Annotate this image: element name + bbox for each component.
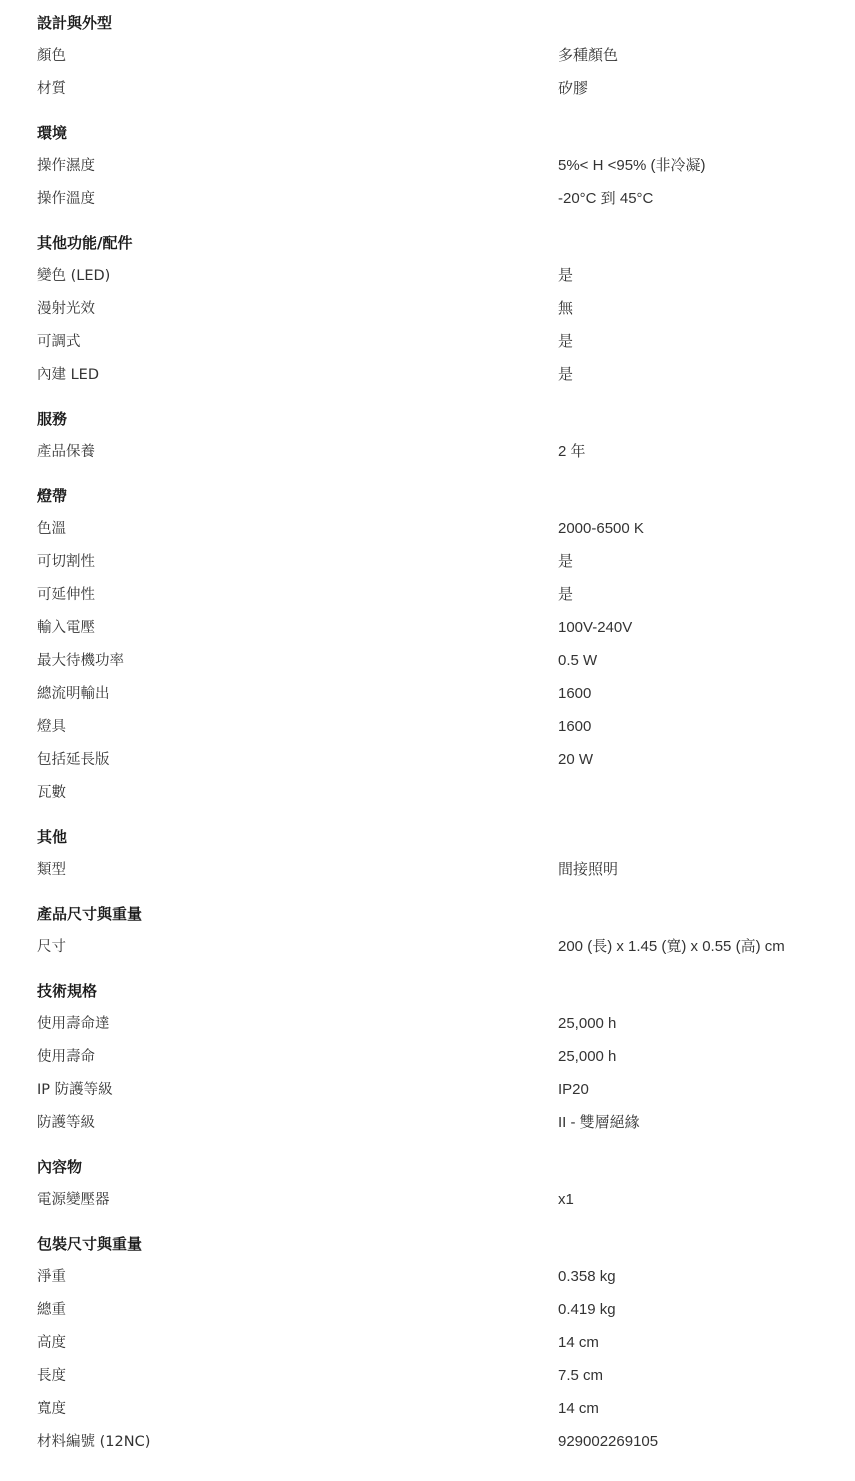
spec-label: 總重 bbox=[0, 1295, 558, 1328]
spec-label: 輸入電壓 bbox=[0, 613, 558, 646]
spec-label: 燈具 bbox=[0, 712, 558, 745]
spec-value: 25,000 h bbox=[558, 1009, 855, 1042]
spec-value: 5%< H <95% (非冷凝) bbox=[558, 151, 855, 184]
section-title: 服務 bbox=[0, 404, 855, 437]
spec-value: 是 bbox=[558, 580, 855, 613]
section-package-dimensions: 包裝尺寸與重量 淨重 0.358 kg 總重 0.419 kg 高度 14 cm… bbox=[0, 1229, 855, 1460]
section-product-dimensions: 產品尺寸與重量 尺寸 200 (長) x 1.45 (寬) x 0.55 (高)… bbox=[0, 899, 855, 965]
spec-value: 100V-240V bbox=[558, 613, 855, 646]
spec-value: 是 bbox=[558, 547, 855, 580]
spec-row: 色溫 2000-6500 K bbox=[0, 514, 855, 547]
spec-row: 漫射光效 無 bbox=[0, 294, 855, 327]
spec-row: 尺寸 200 (長) x 1.45 (寬) x 0.55 (高) cm bbox=[0, 932, 855, 965]
spec-row: 總流明輸出 1600 bbox=[0, 679, 855, 712]
spec-row: 可切割性 是 bbox=[0, 547, 855, 580]
spec-value: 7.5 cm bbox=[558, 1361, 855, 1394]
spec-label: 材質 bbox=[0, 74, 558, 107]
spec-row: 顏色 多種顏色 bbox=[0, 41, 855, 74]
spec-row: 類型 間接照明 bbox=[0, 855, 855, 888]
spec-row: 總重 0.419 kg bbox=[0, 1295, 855, 1328]
spec-label: 材料編號 (12NC) bbox=[0, 1427, 558, 1460]
spec-row: 操作濕度 5%< H <95% (非冷凝) bbox=[0, 151, 855, 184]
spec-value: -20°C 到 45°C bbox=[558, 184, 855, 217]
spec-row: 可調式 是 bbox=[0, 327, 855, 360]
spec-row: 使用壽命達 25,000 h bbox=[0, 1009, 855, 1042]
spec-label: 產品保養 bbox=[0, 437, 558, 470]
spec-value: 無 bbox=[558, 294, 855, 327]
spec-value: 2000-6500 K bbox=[558, 514, 855, 547]
spec-label: 使用壽命達 bbox=[0, 1009, 558, 1042]
spec-label: 可切割性 bbox=[0, 547, 558, 580]
spec-label: 淨重 bbox=[0, 1262, 558, 1295]
spec-row: 產品保養 2 年 bbox=[0, 437, 855, 470]
spec-label: 顏色 bbox=[0, 41, 558, 74]
spec-label: 總流明輸出 bbox=[0, 679, 558, 712]
spec-row: 輸入電壓 100V-240V bbox=[0, 613, 855, 646]
spec-row: 防護等級 II - 雙層絕緣 bbox=[0, 1108, 855, 1141]
spec-label: 瓦數 bbox=[0, 778, 558, 811]
spec-row: 瓦數 bbox=[0, 778, 855, 811]
spec-value: II - 雙層絕緣 bbox=[558, 1108, 855, 1141]
section-title: 技術規格 bbox=[0, 976, 855, 1009]
spec-value: 929002269105 bbox=[558, 1427, 855, 1460]
spec-label: 使用壽命 bbox=[0, 1042, 558, 1075]
spec-value: 1600 bbox=[558, 712, 855, 745]
section-other: 其他 類型 間接照明 bbox=[0, 822, 855, 888]
spec-value: 矽膠 bbox=[558, 74, 855, 107]
spec-row: 最大待機功率 0.5 W bbox=[0, 646, 855, 679]
spec-label: 寬度 bbox=[0, 1394, 558, 1427]
spec-row: 可延伸性 是 bbox=[0, 580, 855, 613]
spec-row: IP 防護等級 IP20 bbox=[0, 1075, 855, 1108]
spec-label: 色溫 bbox=[0, 514, 558, 547]
section-features: 其他功能/配件 變色 (LED) 是 漫射光效 無 可調式 是 內建 LED 是 bbox=[0, 228, 855, 393]
section-title: 產品尺寸與重量 bbox=[0, 899, 855, 932]
spec-value: 0.358 kg bbox=[558, 1262, 855, 1295]
spec-label: 防護等級 bbox=[0, 1108, 558, 1141]
spec-label: 可延伸性 bbox=[0, 580, 558, 613]
spec-label: 包括延長版 bbox=[0, 745, 558, 778]
spec-label: 漫射光效 bbox=[0, 294, 558, 327]
spec-value: 2 年 bbox=[558, 437, 855, 470]
spec-value: 20 W bbox=[558, 745, 855, 778]
spec-row: 寬度 14 cm bbox=[0, 1394, 855, 1427]
spec-label: 可調式 bbox=[0, 327, 558, 360]
spec-row: 操作溫度 -20°C 到 45°C bbox=[0, 184, 855, 217]
spec-value bbox=[558, 778, 855, 811]
spec-sheet: 設計與外型 顏色 多種顏色 材質 矽膠 環境 操作濕度 5%< H <95% (… bbox=[0, 0, 855, 1460]
section-title: 包裝尺寸與重量 bbox=[0, 1229, 855, 1262]
spec-row: 電源變壓器 x1 bbox=[0, 1185, 855, 1218]
spec-label: 長度 bbox=[0, 1361, 558, 1394]
spec-label: 類型 bbox=[0, 855, 558, 888]
spec-value: 14 cm bbox=[558, 1328, 855, 1361]
spec-value: 是 bbox=[558, 360, 855, 393]
spec-value: 間接照明 bbox=[558, 855, 855, 888]
section-title: 燈帶 bbox=[0, 481, 855, 514]
section-technical-specs: 技術規格 使用壽命達 25,000 h 使用壽命 25,000 h IP 防護等… bbox=[0, 976, 855, 1141]
spec-value: 0.5 W bbox=[558, 646, 855, 679]
spec-row: 材質 矽膠 bbox=[0, 74, 855, 107]
spec-value: 0.419 kg bbox=[558, 1295, 855, 1328]
spec-row: 燈具 1600 bbox=[0, 712, 855, 745]
section-title: 環境 bbox=[0, 118, 855, 151]
spec-value: 25,000 h bbox=[558, 1042, 855, 1075]
spec-label: 操作濕度 bbox=[0, 151, 558, 184]
section-design: 設計與外型 顏色 多種顏色 材質 矽膠 bbox=[0, 8, 855, 107]
spec-row: 高度 14 cm bbox=[0, 1328, 855, 1361]
section-lightstrip: 燈帶 色溫 2000-6500 K 可切割性 是 可延伸性 是 輸入電壓 100… bbox=[0, 481, 855, 811]
spec-label: 內建 LED bbox=[0, 360, 558, 393]
section-title: 內容物 bbox=[0, 1152, 855, 1185]
spec-label: 高度 bbox=[0, 1328, 558, 1361]
spec-value: 200 (長) x 1.45 (寬) x 0.55 (高) cm bbox=[558, 932, 855, 965]
spec-row: 包括延長版 20 W bbox=[0, 745, 855, 778]
spec-row: 淨重 0.358 kg bbox=[0, 1262, 855, 1295]
section-title: 其他 bbox=[0, 822, 855, 855]
spec-label: IP 防護等級 bbox=[0, 1075, 558, 1108]
spec-value: 是 bbox=[558, 327, 855, 360]
spec-row: 使用壽命 25,000 h bbox=[0, 1042, 855, 1075]
section-title: 設計與外型 bbox=[0, 8, 855, 41]
spec-row: 材料編號 (12NC) 929002269105 bbox=[0, 1427, 855, 1460]
section-contents: 內容物 電源變壓器 x1 bbox=[0, 1152, 855, 1218]
section-environment: 環境 操作濕度 5%< H <95% (非冷凝) 操作溫度 -20°C 到 45… bbox=[0, 118, 855, 217]
spec-label: 變色 (LED) bbox=[0, 261, 558, 294]
spec-row: 長度 7.5 cm bbox=[0, 1361, 855, 1394]
spec-value: 14 cm bbox=[558, 1394, 855, 1427]
spec-value: IP20 bbox=[558, 1075, 855, 1108]
spec-value: 1600 bbox=[558, 679, 855, 712]
spec-label: 電源變壓器 bbox=[0, 1185, 558, 1218]
spec-value: x1 bbox=[558, 1185, 855, 1218]
spec-row: 變色 (LED) 是 bbox=[0, 261, 855, 294]
spec-value: 多種顏色 bbox=[558, 41, 855, 74]
spec-label: 操作溫度 bbox=[0, 184, 558, 217]
spec-label: 最大待機功率 bbox=[0, 646, 558, 679]
section-title: 其他功能/配件 bbox=[0, 228, 855, 261]
spec-row: 內建 LED 是 bbox=[0, 360, 855, 393]
section-service: 服務 產品保養 2 年 bbox=[0, 404, 855, 470]
spec-label: 尺寸 bbox=[0, 932, 558, 965]
spec-value: 是 bbox=[558, 261, 855, 294]
